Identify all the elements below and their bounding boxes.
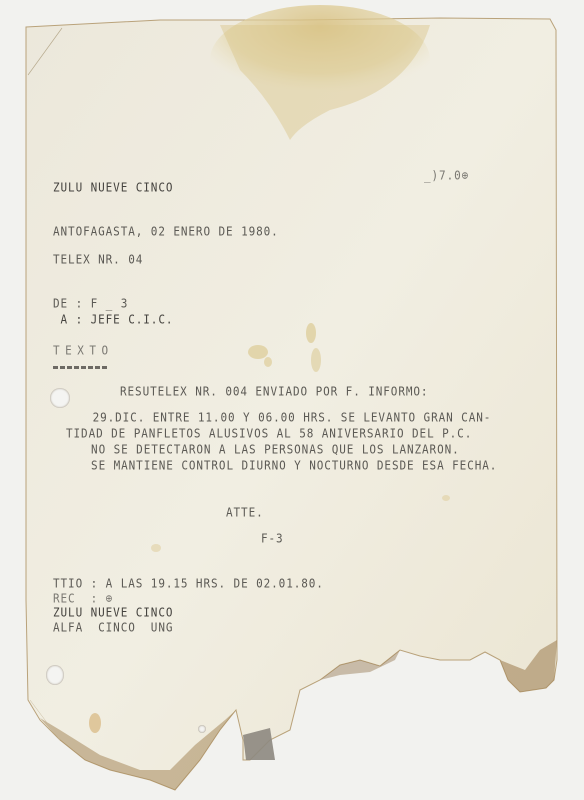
punch-hole xyxy=(46,665,64,685)
sender-header: ZULU NUEVE CINCO xyxy=(53,180,173,195)
heading-underline xyxy=(53,366,109,369)
signature: F-3 xyxy=(261,531,284,546)
telex-document: _)7.0⊕ ZULU NUEVE CINCO ANTOFAGASTA, 02 … xyxy=(0,0,584,800)
intro-line: RESUTELEX NR. 004 ENVIADO POR F. INFORMO… xyxy=(120,384,428,399)
text-heading: TEXTO xyxy=(53,343,114,358)
to-line: A : JEFE C.I.C. xyxy=(53,312,173,327)
rec-line: REC : ⊕ xyxy=(53,591,113,606)
paper-sheet xyxy=(0,0,584,800)
ttio-line: TTIO : A LAS 19.15 HRS. DE 02.01.80. xyxy=(53,576,324,591)
body-line: SE MANTIENE CONTROL DIURNO Y NOCTURNO DE… xyxy=(76,458,497,473)
body-line: TIDAD DE PANFLETOS ALUSIVOS AL 58 ANIVER… xyxy=(66,426,472,441)
from-line: DE : F _ 3 xyxy=(53,296,128,311)
closing: ATTE. xyxy=(226,505,264,520)
operator-line: ALFA CINCO UNG xyxy=(53,620,173,635)
body-line: NO SE DETECTARON A LAS PERSONAS QUE LOS … xyxy=(76,442,460,457)
small-hole xyxy=(198,725,206,733)
punch-hole xyxy=(50,388,70,408)
corner-mark: _)7.0⊕ xyxy=(424,168,469,183)
place-date: ANTOFAGASTA, 02 ENERO DE 1980. xyxy=(53,224,279,239)
station-line: ZULU NUEVE CINCO xyxy=(53,605,173,620)
telex-number: TELEX NR. 04 xyxy=(53,252,143,267)
body-line: 29.DIC. ENTRE 11.00 Y 06.00 HRS. SE LEVA… xyxy=(70,410,491,425)
